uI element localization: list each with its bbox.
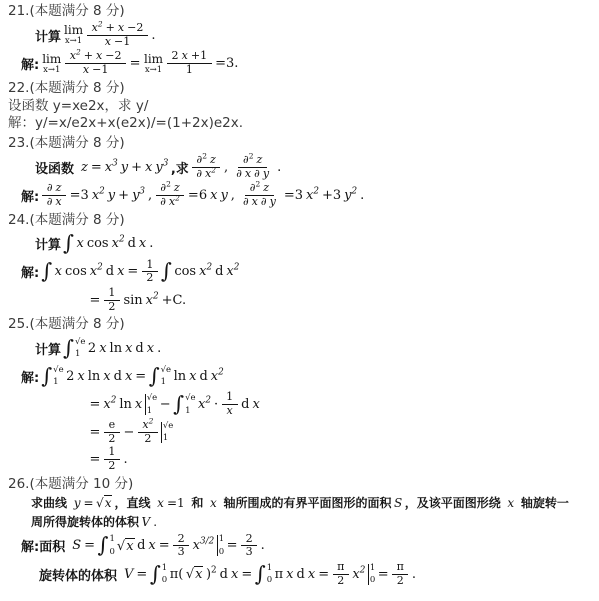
formula-line: 求曲线 y=√x，直线 x=1 和 x 轴所围成的有界平面图形的面积S，及该平面… bbox=[30, 494, 599, 512]
superscript: 2 bbox=[206, 263, 212, 273]
math-text: . bbox=[261, 538, 265, 553]
text-line: 解：y/=x/e2x+x(e2x)/=(1+2x)e2x. bbox=[8, 115, 599, 132]
integral-sign: ∫ bbox=[63, 233, 74, 254]
numerator: 2 bbox=[241, 533, 257, 547]
integral: ∫ bbox=[41, 261, 52, 282]
integral: ∫√e1 bbox=[173, 394, 195, 415]
math-text: − bbox=[123, 425, 134, 440]
math-text: 2 bbox=[172, 50, 179, 63]
integral: ∫√e1 bbox=[63, 338, 85, 359]
math-var: x bbox=[105, 36, 111, 49]
math-label: 解: bbox=[21, 367, 39, 386]
math-var: z bbox=[256, 154, 262, 167]
math-var: x bbox=[148, 538, 155, 553]
superscript: 2 bbox=[205, 396, 211, 406]
problem-heading: 21.(本题满分 8 分) bbox=[8, 3, 599, 20]
math-text: cos bbox=[65, 264, 87, 279]
numerator: 1 bbox=[104, 446, 120, 460]
numerator: π bbox=[333, 561, 349, 575]
math-text: = bbox=[241, 567, 252, 582]
superscript: 2 bbox=[76, 48, 81, 57]
math-text: . bbox=[153, 515, 157, 529]
math-text: . bbox=[277, 160, 281, 175]
superscript: 2 bbox=[99, 187, 105, 197]
math-var: x bbox=[189, 369, 196, 384]
denominator: ∂x∂y bbox=[238, 196, 280, 209]
math-text: + bbox=[118, 188, 129, 203]
math-text: +3 bbox=[322, 188, 341, 203]
math-text: = bbox=[83, 496, 93, 510]
integral-limits: 10 bbox=[267, 564, 272, 585]
math-text: ∂2 bbox=[243, 154, 254, 167]
superscript: 2 bbox=[149, 416, 154, 425]
math-text: d bbox=[128, 236, 136, 251]
math-var: x bbox=[125, 341, 132, 356]
formula-line: 旋转体的体积 V=∫10π(√x)2dx=∫10πxdx=π2x210=π2. bbox=[38, 561, 599, 587]
formula-line: 计算∫√e12xlnxdx. bbox=[34, 335, 599, 361]
superscript: 2 bbox=[153, 291, 159, 301]
denominator: 2 bbox=[392, 575, 408, 588]
math-text: ∂2 bbox=[160, 182, 171, 195]
numerator: e bbox=[104, 419, 120, 433]
math-text: = bbox=[378, 567, 389, 582]
math-var: x2 bbox=[306, 188, 319, 203]
math-var: x bbox=[245, 168, 251, 181]
fraction: ∂2z∂x∂y bbox=[238, 182, 280, 208]
problem-block-22: 22.(本题满分 8 分)设函数 y=xe2x，求 y/解：y/=x/e2x+x… bbox=[0, 80, 599, 132]
integral-sign: ∫ bbox=[255, 564, 266, 585]
bar-limits: √e1 bbox=[147, 394, 157, 415]
denominator: x−1 bbox=[100, 36, 135, 49]
math-label: 计算 bbox=[35, 234, 61, 253]
problem-heading: 25.(本题满分 8 分) bbox=[8, 316, 599, 333]
superscript: 3 bbox=[163, 158, 169, 168]
math-text: d bbox=[297, 567, 305, 582]
denominator: x bbox=[222, 405, 237, 418]
math-text: = bbox=[90, 452, 101, 467]
math-text: d bbox=[135, 341, 143, 356]
math-var: x bbox=[227, 405, 233, 418]
math-var: x bbox=[55, 264, 62, 279]
numerator: 2 bbox=[173, 533, 189, 547]
math-var: x2 bbox=[142, 419, 153, 432]
evaluation-bar: √e1 bbox=[161, 422, 173, 443]
math-text: 2 bbox=[108, 301, 115, 314]
math-var: x bbox=[252, 196, 258, 209]
math-text: 1 bbox=[226, 391, 233, 404]
math-text: = bbox=[90, 425, 101, 440]
math-text: ∂2 bbox=[250, 182, 261, 195]
math-var: x bbox=[103, 369, 110, 384]
formula-line: 解:limx→1x2+x−2x−1=limx→12x+11=3. bbox=[20, 50, 599, 76]
fraction: x22 bbox=[138, 419, 158, 445]
math-var: z bbox=[263, 182, 269, 195]
math-text: +C. bbox=[162, 293, 187, 308]
numerator: 1 bbox=[142, 259, 158, 273]
math-var: x bbox=[231, 567, 238, 582]
math-text: =3 bbox=[70, 188, 89, 203]
math-label: 周所得旋转体的体积 bbox=[31, 513, 139, 530]
numerator: x2+x−2 bbox=[87, 22, 148, 36]
fraction: ∂2z∂x∂y bbox=[232, 154, 274, 180]
math-label: ，直线 bbox=[114, 494, 154, 511]
math-var: x bbox=[210, 496, 217, 510]
math-text: = bbox=[127, 264, 138, 279]
math-label: 求曲线 bbox=[31, 494, 71, 511]
math-var: x2 bbox=[199, 264, 212, 279]
formula-line: =12sinx2+C. bbox=[88, 287, 599, 313]
radicand: x bbox=[194, 566, 203, 582]
math-var: y bbox=[270, 196, 276, 209]
numerator: 2x+1 bbox=[167, 50, 212, 64]
math-text: + bbox=[106, 22, 115, 35]
math-text: ln bbox=[110, 341, 123, 356]
denominator: ∂x2 bbox=[156, 196, 185, 209]
superscript: 2 bbox=[211, 565, 217, 575]
math-var: y bbox=[121, 160, 128, 175]
math-text: 2 bbox=[178, 533, 185, 546]
denominator: ∂x bbox=[42, 196, 66, 209]
integral-limits: √e1 bbox=[161, 366, 171, 387]
problem-heading: 23.(本题满分 8 分) bbox=[8, 135, 599, 152]
math-var: x bbox=[308, 567, 315, 582]
formula-line: 计算∫xcosx2dx. bbox=[34, 231, 599, 257]
fraction: 2x+11 bbox=[167, 50, 212, 76]
square-root: √x bbox=[96, 495, 112, 510]
math-text: = bbox=[318, 567, 329, 582]
math-text: ∂ bbox=[254, 168, 260, 181]
math-text: 2 bbox=[66, 369, 74, 384]
math-text: = bbox=[90, 397, 101, 412]
math-text: . bbox=[151, 28, 155, 43]
math-text: ∂ bbox=[47, 182, 53, 195]
denominator: 3 bbox=[173, 546, 189, 559]
integral-limits: 10 bbox=[162, 564, 167, 585]
math-label: 旋转体的体积 bbox=[39, 565, 122, 584]
math-text: d bbox=[220, 567, 228, 582]
math-var: x bbox=[182, 50, 188, 63]
math-text: d bbox=[106, 264, 114, 279]
math-text: + bbox=[131, 160, 142, 175]
denominator: 1 bbox=[181, 64, 197, 77]
text-line: 设函数 y=xe2x，求 y/ bbox=[8, 98, 599, 115]
math-text: ∂ bbox=[236, 168, 242, 181]
math-var: x bbox=[147, 341, 154, 356]
math-label: 设函数 bbox=[35, 158, 79, 177]
problems-container: 21.(本题满分 8 分)计算limx→1x2+x−2x−1.解:limx→1x… bbox=[0, 3, 599, 587]
math-var: x bbox=[76, 236, 83, 251]
math-var: S bbox=[72, 538, 81, 553]
math-var: x bbox=[118, 22, 124, 35]
numerator: ∂2z bbox=[238, 154, 266, 168]
radicand: x bbox=[104, 495, 113, 510]
math-text: =3 bbox=[284, 188, 303, 203]
math-var: y bbox=[263, 168, 269, 181]
math-var: x3 bbox=[105, 160, 118, 175]
superscript: 2 bbox=[97, 263, 103, 273]
superscript: 3 bbox=[139, 187, 145, 197]
problem-block-26: 26.(本题满分 10 分)求曲线 y=√x，直线 x=1 和 x 轴所围成的有… bbox=[0, 476, 599, 588]
numerator: 1 bbox=[104, 287, 120, 301]
radicand: x bbox=[125, 538, 134, 554]
math-text: ∂ bbox=[196, 168, 202, 181]
integral-sign: ∫ bbox=[41, 261, 52, 282]
denominator: ∂x∂y bbox=[232, 168, 274, 181]
math-var: y3 bbox=[132, 188, 145, 203]
bar-limits: 10 bbox=[370, 564, 375, 585]
math-var: x2 bbox=[103, 397, 116, 412]
formula-line: 解:∂z∂x=3x2y+y3,∂2z∂x2=6xy,∂2z∂x∂y=3x2+3y… bbox=[20, 182, 599, 208]
math-label: 计算 bbox=[35, 26, 61, 45]
math-label: 解:面积 bbox=[21, 536, 70, 555]
numerator: π bbox=[392, 561, 408, 575]
math-var: x bbox=[77, 369, 84, 384]
math-var: y bbox=[108, 188, 115, 203]
math-var: V bbox=[124, 567, 133, 582]
math-text: =1 bbox=[167, 496, 185, 510]
math-var: x bbox=[83, 64, 89, 77]
problem-block-25: 25.(本题满分 8 分)计算∫√e12xlnxdx.解:∫√e12xlnxdx… bbox=[0, 316, 599, 472]
math-label: 解: bbox=[21, 186, 39, 205]
denominator: 2 bbox=[140, 433, 156, 446]
math-var: x2 bbox=[146, 293, 159, 308]
fraction: 1x bbox=[222, 391, 238, 417]
math-var: x bbox=[55, 196, 61, 209]
superscript: 2 bbox=[360, 565, 366, 575]
numerator: 1 bbox=[222, 391, 238, 405]
numerator: x2 bbox=[138, 419, 158, 433]
limit: limx→1 bbox=[144, 53, 163, 75]
superscript: 2 bbox=[211, 165, 216, 174]
integral: ∫10 bbox=[255, 564, 272, 585]
superscript: 2 bbox=[98, 19, 103, 28]
math-text: d bbox=[215, 264, 223, 279]
math-text: = bbox=[159, 538, 170, 553]
superscript: 2 bbox=[218, 368, 224, 378]
math-label: ,求 bbox=[171, 158, 189, 177]
problem-heading: 22.(本题满分 8 分) bbox=[8, 80, 599, 97]
math-var: V bbox=[142, 515, 151, 529]
math-var: x bbox=[96, 50, 102, 63]
math-text: 2 bbox=[108, 433, 115, 446]
superscript: 2 bbox=[166, 180, 171, 189]
math-text: 2 bbox=[108, 460, 115, 473]
math-text: . bbox=[123, 452, 127, 467]
math-var: x bbox=[125, 369, 132, 384]
denominator: 3 bbox=[241, 546, 257, 559]
integral-sign: ∫ bbox=[149, 366, 160, 387]
math-text: π bbox=[275, 567, 284, 582]
math-text: = bbox=[227, 538, 238, 553]
math-text: . bbox=[149, 236, 153, 251]
math-var: S bbox=[394, 496, 402, 510]
math-label: 轴旋转一 bbox=[517, 494, 569, 511]
math-text: +1 bbox=[191, 50, 207, 63]
integral-sign: ∫ bbox=[161, 261, 172, 282]
math-text: . bbox=[360, 188, 364, 203]
math-var: x bbox=[139, 236, 146, 251]
math-text: cos bbox=[87, 236, 109, 251]
integral-sign: ∫ bbox=[41, 366, 52, 387]
math-text: ∂2 bbox=[197, 154, 208, 167]
fraction: 12 bbox=[104, 287, 120, 313]
math-text: ln bbox=[119, 397, 132, 412]
math-text: 2 bbox=[337, 575, 344, 588]
formula-line: 计算limx→1x2+x−2x−1. bbox=[34, 22, 599, 48]
math-text: )2 bbox=[206, 567, 217, 582]
numerator: ∂2z bbox=[192, 154, 220, 168]
math-text: 1 bbox=[146, 259, 153, 272]
math-text: 2 bbox=[246, 533, 253, 546]
math-text: −1 bbox=[92, 64, 108, 77]
math-text: , bbox=[148, 188, 152, 203]
math-var: x2 bbox=[198, 397, 211, 412]
denominator: 2 bbox=[142, 272, 158, 285]
superscript: 2 bbox=[234, 263, 240, 273]
denominator: 2 bbox=[104, 301, 120, 314]
radical-sign: √ bbox=[96, 496, 104, 510]
math-text: cos bbox=[174, 264, 196, 279]
math-text: 2 bbox=[146, 272, 153, 285]
integral: ∫ bbox=[63, 233, 74, 254]
math-text: 3 bbox=[246, 546, 253, 559]
math-text: · bbox=[214, 397, 218, 412]
math-text: =6 bbox=[188, 188, 207, 203]
math-var: x2 bbox=[226, 264, 239, 279]
fraction: ∂z∂x bbox=[42, 182, 66, 208]
math-text: ln bbox=[174, 369, 187, 384]
superscript: 3/2 bbox=[200, 537, 214, 547]
integral-limits: √e1 bbox=[75, 338, 85, 359]
math-text: , bbox=[224, 160, 228, 175]
fraction: x2+x−2x−1 bbox=[65, 50, 126, 76]
math-text: ∂ bbox=[243, 196, 249, 209]
math-var: x2 bbox=[169, 196, 180, 209]
math-var: x2 bbox=[90, 264, 103, 279]
math-text: −2 bbox=[127, 22, 143, 35]
math-label: 轴所围成的有界平面图形的面积 bbox=[219, 494, 391, 511]
superscript: 2 bbox=[249, 151, 254, 160]
math-text: . bbox=[412, 567, 416, 582]
integral-sign: ∫ bbox=[150, 564, 161, 585]
math-var: x bbox=[252, 397, 259, 412]
fraction: ∂2z∂x2 bbox=[156, 182, 185, 208]
integral-limits: √e1 bbox=[53, 366, 63, 387]
evaluation-bar: 10 bbox=[217, 535, 224, 556]
integral-sign: ∫ bbox=[63, 338, 74, 359]
fraction: 12 bbox=[142, 259, 158, 285]
formula-line: 周所得旋转体的体积V. bbox=[30, 513, 599, 531]
math-text: d bbox=[137, 538, 145, 553]
fraction: π2 bbox=[392, 561, 408, 587]
math-text: π bbox=[337, 561, 344, 574]
denominator: 2 bbox=[104, 433, 120, 446]
formula-line: 设函数 z=x3y+xy3,求∂2z∂x2,∂2z∂x∂y. bbox=[34, 154, 599, 180]
math-text: , bbox=[231, 188, 235, 203]
math-text: . bbox=[157, 341, 161, 356]
math-var: x bbox=[135, 397, 142, 412]
evaluation-bar: √e1 bbox=[145, 394, 157, 415]
math-var: x2 bbox=[92, 22, 103, 35]
math-text: e bbox=[109, 419, 116, 432]
numerator: ∂2z bbox=[245, 182, 273, 196]
problem-block-23: 23.(本题满分 8 分)设函数 z=x3y+xy3,求∂2z∂x2,∂2z∂x… bbox=[0, 135, 599, 209]
problem-block-21: 21.(本题满分 8 分)计算limx→1x2+x−2x−1.解:limx→1x… bbox=[0, 3, 599, 77]
math-text: 3 bbox=[178, 546, 185, 559]
bar-limits: 10 bbox=[219, 535, 224, 556]
math-text: d bbox=[241, 397, 249, 412]
fraction: 23 bbox=[173, 533, 189, 559]
math-var: x bbox=[507, 496, 514, 510]
document-page: 21.(本题满分 8 分)计算limx→1x2+x−2x−1.解:limx→1x… bbox=[0, 0, 599, 601]
formula-line: 解:面积 S=∫10√xdx=23x3/210=23. bbox=[20, 533, 599, 559]
fraction: e2 bbox=[104, 419, 120, 445]
math-var: y bbox=[74, 496, 81, 510]
superscript: 2 bbox=[202, 151, 207, 160]
math-text: d bbox=[199, 369, 207, 384]
math-var: x3/2 bbox=[193, 538, 215, 553]
math-text: 2 bbox=[88, 341, 96, 356]
math-var: x bbox=[117, 264, 124, 279]
integral: ∫√e1 bbox=[41, 366, 63, 387]
math-text: −1 bbox=[114, 36, 130, 49]
math-text: 1 bbox=[186, 64, 193, 77]
superscript: 3 bbox=[112, 158, 118, 168]
math-var: x2 bbox=[205, 168, 216, 181]
math-text: π bbox=[397, 561, 404, 574]
fraction: π2 bbox=[333, 561, 349, 587]
math-text: sin bbox=[123, 293, 142, 308]
math-text: ∂ bbox=[160, 196, 166, 209]
superscript: 2 bbox=[119, 235, 125, 245]
problem-heading: 26.(本题满分 10 分) bbox=[8, 476, 599, 493]
math-var: z bbox=[56, 182, 62, 195]
math-var: y bbox=[220, 188, 227, 203]
math-var: x bbox=[210, 188, 217, 203]
math-text: 1 bbox=[108, 287, 115, 300]
integral-limits: √e1 bbox=[185, 394, 195, 415]
math-text: 1 bbox=[108, 446, 115, 459]
denominator: 2 bbox=[333, 575, 349, 588]
math-var: x bbox=[145, 160, 152, 175]
integral-sign: ∫ bbox=[98, 535, 109, 556]
integral: ∫10 bbox=[150, 564, 167, 585]
math-label: 计算 bbox=[35, 339, 61, 358]
formula-line: 解:∫xcosx2dx=12∫cosx2dx2 bbox=[20, 259, 599, 285]
integral-limits: 10 bbox=[110, 535, 115, 556]
limit: limx→1 bbox=[64, 24, 83, 46]
math-text: 2 bbox=[144, 433, 151, 446]
superscript: 2 bbox=[255, 180, 260, 189]
math-text: = bbox=[130, 56, 141, 71]
problem-heading: 24.(本题满分 8 分) bbox=[8, 212, 599, 229]
square-root: √x bbox=[117, 538, 135, 554]
formula-line: 解:∫√e12xlnxdx=∫√e1lnxdx2 bbox=[20, 363, 599, 389]
numerator: x2+x−2 bbox=[65, 50, 126, 64]
denominator: x−1 bbox=[78, 64, 113, 77]
bar-limits: √e1 bbox=[163, 422, 173, 443]
denominator: ∂x2 bbox=[192, 168, 221, 181]
formula-line: =e2−x22√e1 bbox=[88, 419, 599, 445]
integral-sign: ∫ bbox=[173, 394, 184, 415]
math-var: x2 bbox=[211, 369, 224, 384]
math-var: y3 bbox=[155, 160, 168, 175]
fraction: x2+x−2x−1 bbox=[87, 22, 148, 48]
math-var: x2 bbox=[112, 236, 125, 251]
superscript: 2 bbox=[111, 396, 117, 406]
fraction: ∂2z∂x2 bbox=[192, 154, 221, 180]
math-text: =3. bbox=[215, 56, 238, 71]
